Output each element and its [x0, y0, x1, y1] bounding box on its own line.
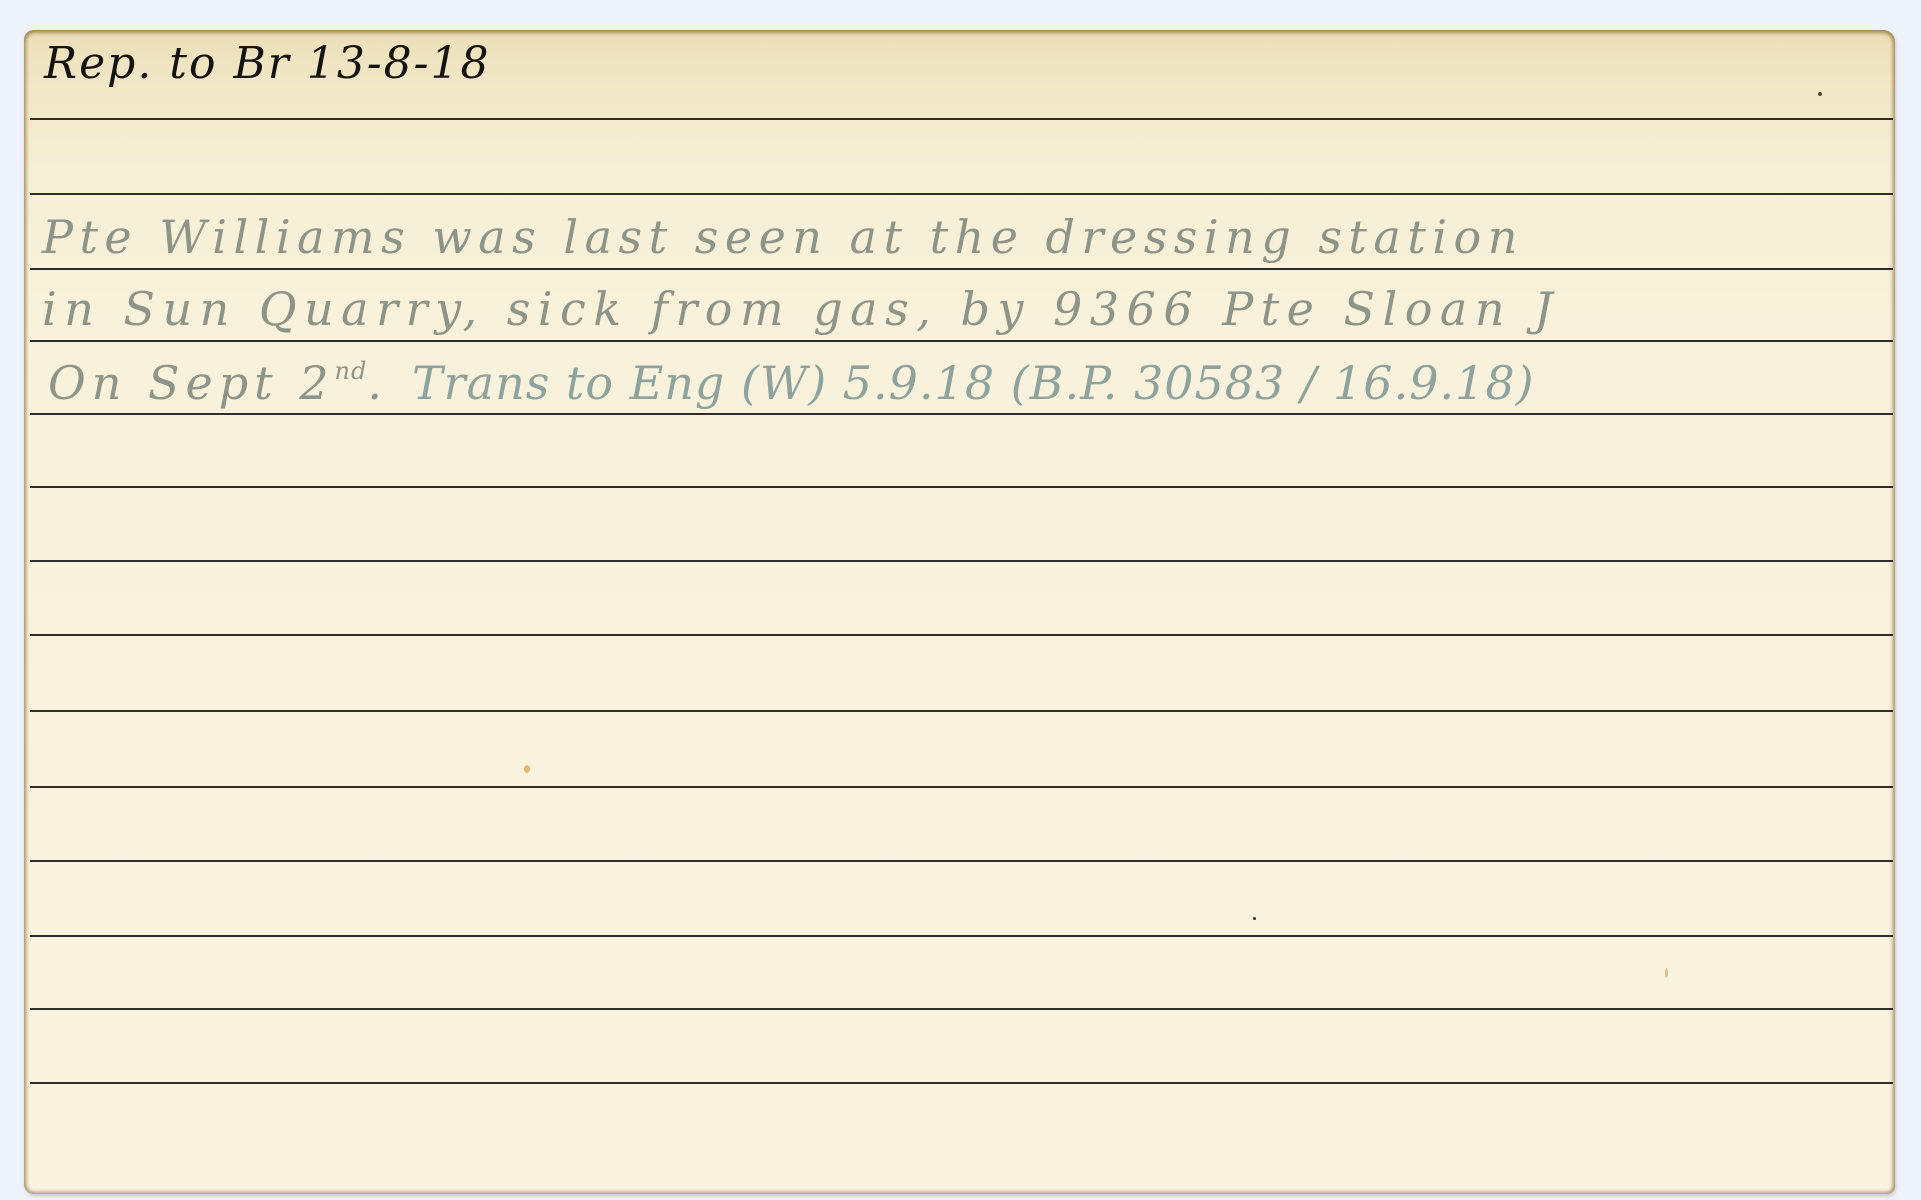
line3-date-text: On Sept 2: [48, 356, 335, 410]
card-header-annotation: Rep. to Br 13-8-18: [44, 38, 491, 89]
index-card: Rep. to Br 13-8-18 Pte Williams was last…: [24, 30, 1895, 1194]
body-line-3: On Sept 2nd.Trans to Eng (W) 5.9.18 (B.P…: [48, 356, 1535, 410]
paper-speck: [1253, 917, 1256, 920]
ruled-line: [30, 118, 1893, 120]
transfer-note: Trans to Eng (W) 5.9.18 (B.P. 30583 / 16…: [412, 356, 1535, 410]
ruled-line: [30, 860, 1893, 862]
ruled-line: [30, 340, 1893, 342]
ordinal-suffix: nd: [335, 357, 368, 385]
ruled-line: [30, 634, 1893, 636]
ruled-line: [30, 268, 1893, 270]
ruled-line: [30, 193, 1893, 195]
body-line-1: Pte Williams was last seen at the dressi…: [42, 210, 1524, 264]
body-line-2: in Sun Quarry, sick from gas, by 9366 Pt…: [42, 282, 1560, 336]
ruled-line: [30, 560, 1893, 562]
ruled-line: [30, 1008, 1893, 1010]
paper-speck: [1818, 92, 1822, 96]
ruled-line: [30, 486, 1893, 488]
ruled-line: [30, 1082, 1893, 1084]
paper-speck: [1665, 968, 1668, 978]
ruled-line: [30, 786, 1893, 788]
ruled-line: [30, 710, 1893, 712]
ruled-line: [30, 935, 1893, 937]
line3-separator: .: [367, 356, 388, 410]
paper-speck: [524, 765, 530, 773]
ruled-line: [30, 413, 1893, 415]
